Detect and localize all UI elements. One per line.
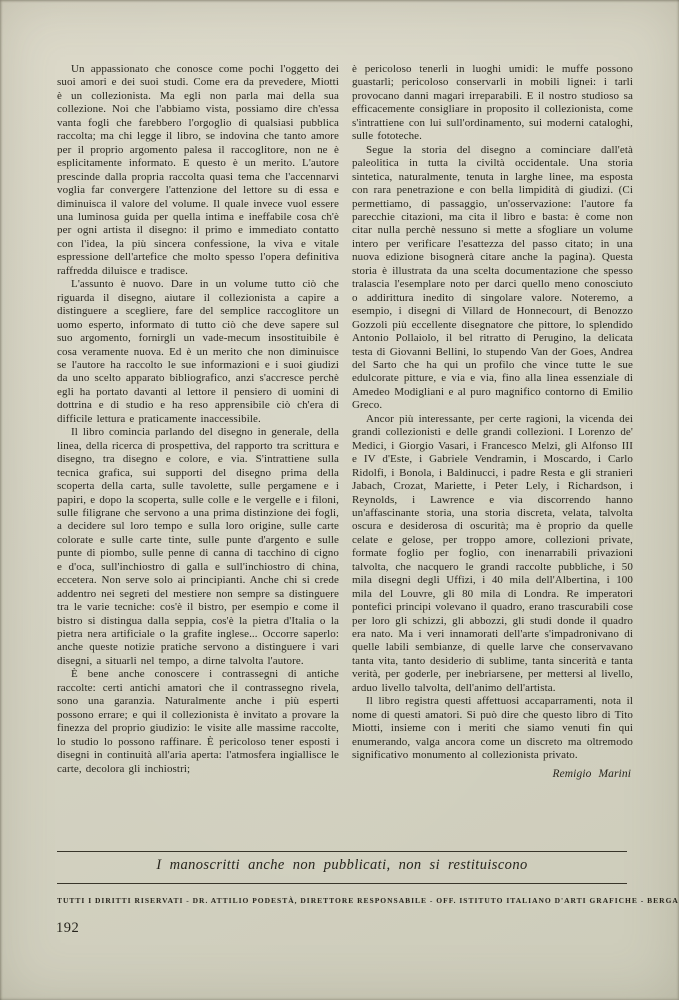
paragraph: Ancor più interessante, per certe ragion… (352, 413, 633, 696)
paragraph: Un appassionato che conosce come pochi l… (57, 63, 339, 278)
paragraph: È bene anche conoscere i contrassegni di… (57, 668, 339, 776)
manuscript-notice: I manoscritti anche non pubblicati, non … (57, 857, 627, 874)
page-number: 192 (56, 920, 79, 937)
divider-rule-bottom (57, 883, 627, 884)
left-column: Un appassionato che conosce come pochi l… (57, 63, 339, 781)
article-body: Un appassionato che conosce come pochi l… (57, 63, 633, 781)
colophon-line: TUTTI I DIRITTI RISERVATI - DR. ATTILIO … (57, 896, 639, 905)
divider-rule-top (57, 851, 627, 852)
paragraph: Il libro comincia parlando del disegno i… (57, 426, 339, 668)
paragraph: L'assunto è nuovo. Dare in un volume tut… (57, 278, 339, 426)
author-signature: Remigio Marini (352, 768, 631, 781)
right-column: è pericoloso tenerli in luoghi umidi: le… (352, 63, 633, 781)
paragraph: Segue la storia del disegno a cominciare… (352, 144, 633, 413)
paragraph: Il libro registra questi affettuosi acca… (352, 695, 633, 762)
scanned-book-page: Un appassionato che conosce come pochi l… (0, 0, 679, 1000)
paragraph: è pericoloso tenerli in luoghi umidi: le… (352, 63, 633, 144)
